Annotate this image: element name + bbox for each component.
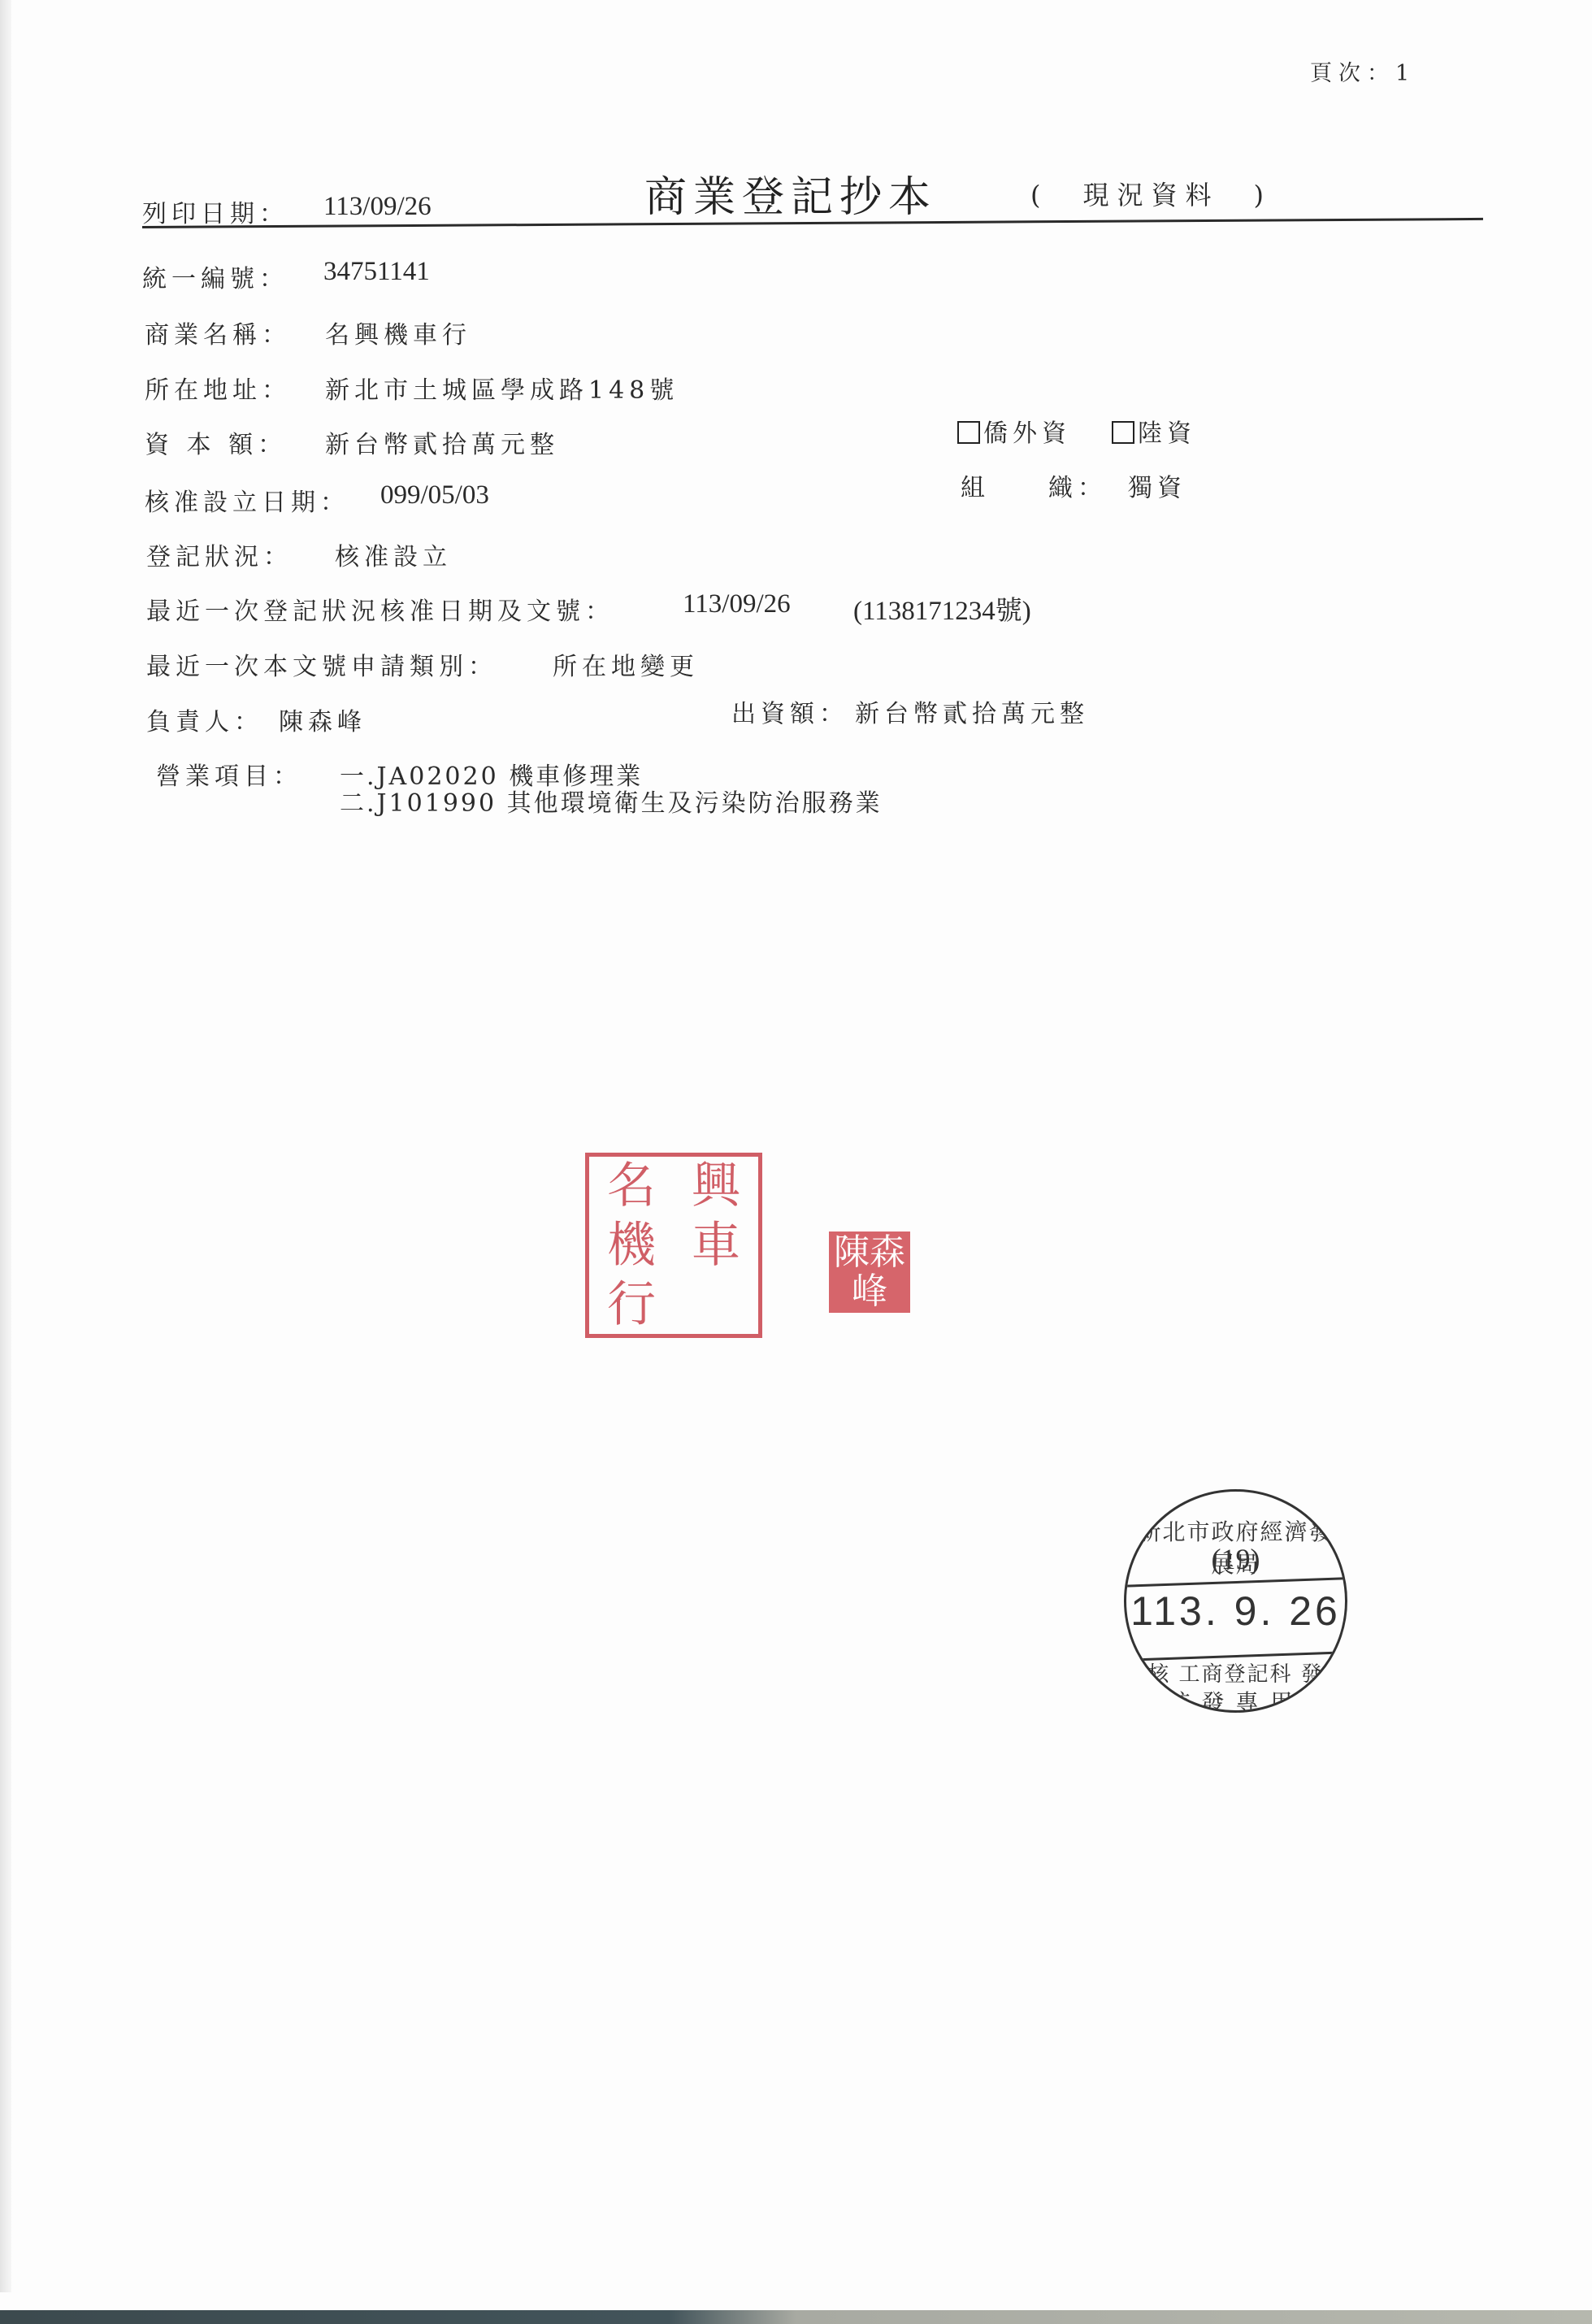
- official-approval-stamp: 新北市政府經濟發展局 (19) 113. 9. 26 核 工商登記科 發 核發專…: [1124, 1489, 1347, 1713]
- responsible-person-label: 負責人：: [146, 702, 263, 737]
- organization: 獨資: [1128, 467, 1186, 503]
- mainland-checkbox: 陸資: [1112, 413, 1196, 449]
- checkbox-icon: [957, 421, 980, 444]
- address: 新北市土城區學成路148號: [325, 370, 679, 406]
- latest-application-type-label: 最近一次本文號申請類別：: [146, 646, 497, 682]
- stamp-date: 113. 9. 26: [1126, 1588, 1345, 1635]
- seal-char: 車: [674, 1216, 758, 1275]
- contribution-label: 出資額：: [731, 693, 848, 729]
- seal-char: [674, 1275, 758, 1334]
- address-label: 所在地址：: [145, 370, 291, 406]
- document-title: 商業登記抄本: [644, 163, 937, 224]
- stamp-dept: 核 工商登記科 發: [1126, 1657, 1345, 1688]
- seal-char: 機: [589, 1216, 674, 1275]
- contribution: 新台幣貳拾萬元整: [855, 693, 1089, 729]
- print-date: 113/09/26: [323, 192, 432, 222]
- stamp-usage: 核發專用: [1126, 1685, 1345, 1713]
- owner-seal-stamp: 陳森峰: [829, 1232, 910, 1313]
- latest-approval-date: 113/09/26: [683, 589, 791, 619]
- business-name-label: 商業名稱：: [145, 315, 291, 350]
- scan-background-strip: [0, 2310, 1592, 2324]
- shop-seal-stamp: 名 興 機 車 行: [585, 1153, 762, 1338]
- print-date-label: 列印日期：: [142, 193, 288, 229]
- latest-approval-doc-no: (1138171234號): [853, 589, 1031, 628]
- stamp-code: (19): [1126, 1542, 1345, 1576]
- responsible-person: 陳森峰: [279, 702, 367, 737]
- unified-number-label: 統一編號：: [142, 258, 288, 294]
- business-item: 二.J101990 其他環境衛生及污染防治服務業: [340, 783, 883, 819]
- checkbox-icon: [1112, 421, 1134, 444]
- registration-status-label: 登記狀況：: [146, 536, 293, 572]
- document-title-note: ( 現況資料 ): [1030, 175, 1272, 212]
- seal-char: 興: [674, 1157, 758, 1216]
- capital-label: 資 本 額：: [145, 424, 287, 460]
- capital: 新台幣貳拾萬元整: [325, 424, 559, 460]
- approval-date-label: 核准設立日期：: [145, 482, 349, 518]
- unified-number: 34751141: [323, 257, 430, 287]
- overseas-chinese-foreign-label: 僑外資: [983, 419, 1071, 448]
- business-items-label: 營業項目：: [156, 756, 302, 792]
- mainland-label: 陸資: [1138, 419, 1196, 448]
- registration-status: 核准設立: [335, 536, 452, 572]
- overseas-chinese-foreign-checkbox: 僑外資: [957, 413, 1071, 449]
- latest-application-type: 所在地變更: [553, 646, 699, 682]
- page-number: 頁次：1: [1310, 55, 1416, 87]
- seal-char: 行: [589, 1275, 674, 1334]
- seal-char: 名: [589, 1157, 674, 1216]
- approval-date: 099/05/03: [380, 480, 489, 510]
- latest-approval-label: 最近一次登記狀況核准日期及文號：: [146, 591, 614, 627]
- paper-edge: [0, 0, 11, 2292]
- business-name: 名興機車行: [325, 315, 471, 350]
- organization-label: 組 織：: [961, 467, 1107, 503]
